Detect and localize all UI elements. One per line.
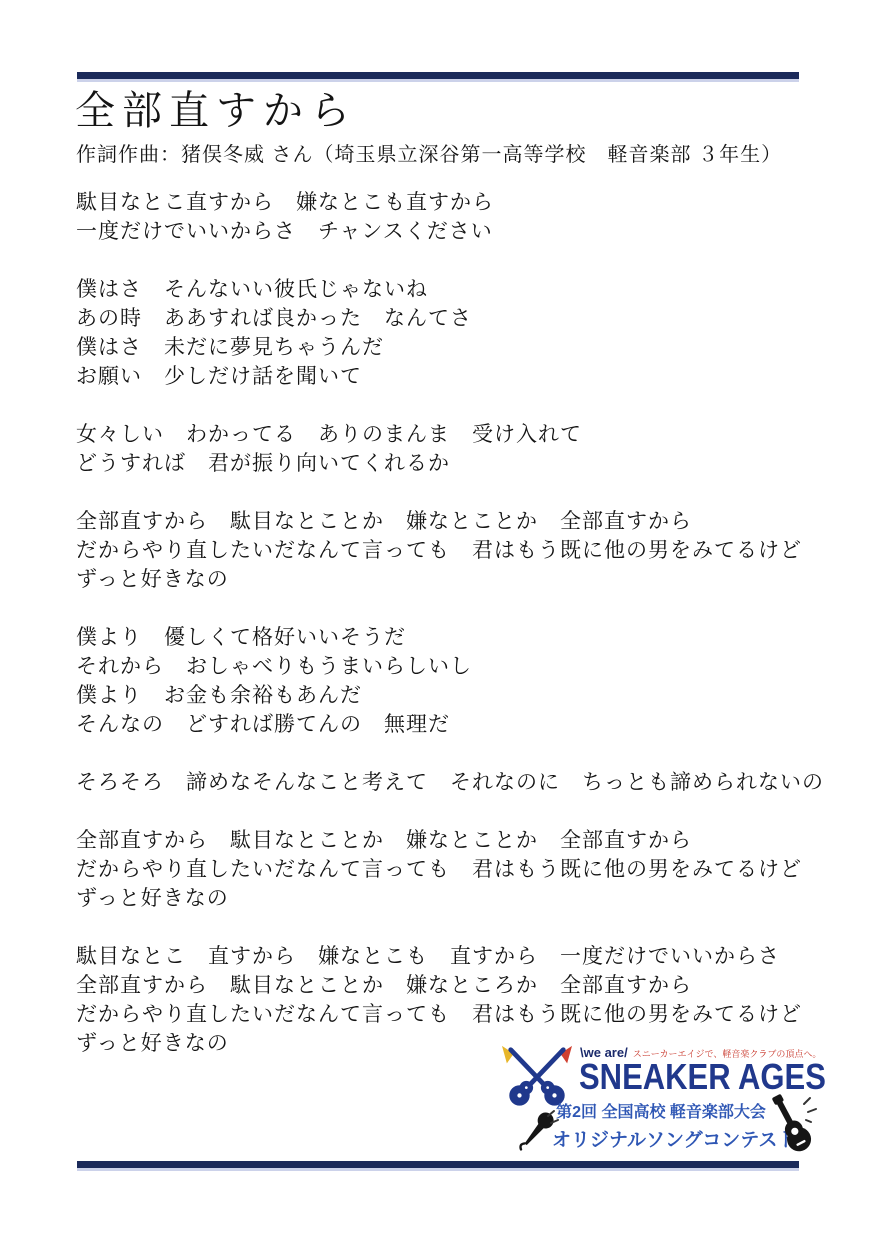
- lyric-line: 全部直すから 駄目なとことか 嫌なところか 全部直すから: [76, 971, 796, 1000]
- lyric-line: だからやり直したいだなんて言っても 君はもう既に他の男をみてるけど: [76, 536, 796, 565]
- lyric-line: だからやり直したいだなんて言っても 君はもう既に他の男をみてるけど: [76, 855, 796, 884]
- lyric-line: ずっと好きなの: [76, 565, 796, 594]
- event-title: 第2回 全国高校 軽音楽部大会: [532, 1099, 790, 1122]
- lyric-line: 駄目なとこ直すから 嫌なとこも直すから: [76, 188, 796, 217]
- lyric-sheet-page: 全部直すから 作詞作曲：猪俣冬威 さん（埼玉県立深谷第一高等学校 軽音楽部 ３年…: [0, 0, 875, 1239]
- page-title: 全部直すから: [75, 90, 357, 132]
- contest-title: オリジナルソングコンテスト: [552, 1125, 758, 1152]
- lyric-line: だからやり直したいだなんて言っても 君はもう既に他の男をみてるけど: [76, 1000, 796, 1029]
- lyric-line: どうすれば 君が振り向いてくれるか: [76, 449, 796, 478]
- guitar-icon: [764, 1090, 820, 1160]
- stanza: 僕より 優しくて格好いいそうだそれから おしゃべりもうまいらしいし僕より お金も…: [76, 623, 796, 739]
- credit-line: 作詞作曲：猪俣冬威 さん（埼玉県立深谷第一高等学校 軽音楽部 ３年生）: [76, 138, 782, 167]
- lyric-line: ずっと好きなの: [76, 884, 796, 913]
- stanza: 女々しい わかってる ありのまんま 受け入れてどうすれば 君が振り向いてくれるか: [76, 420, 796, 478]
- stanza: 全部直すから 駄目なとことか 嫌なとことか 全部直すからだからやり直したいだなん…: [76, 826, 796, 913]
- lyric-line: それから おしゃべりもうまいらしいし: [76, 652, 796, 681]
- lyric-line: 僕より 優しくて格好いいそうだ: [76, 623, 796, 652]
- lyrics: 駄目なとこ直すから 嫌なとこも直すから一度だけでいいからさ チャンスください僕は…: [76, 188, 796, 1087]
- lyric-line: お願い 少しだけ話を聞いて: [76, 362, 796, 391]
- stanza: 駄目なとこ 直すから 嫌なとこも 直すから 一度だけでいいからさ全部直すから 駄…: [76, 942, 796, 1058]
- lyric-line: 一度だけでいいからさ チャンスください: [76, 217, 796, 246]
- lyric-line: 駄目なとこ 直すから 嫌なとこも 直すから 一度だけでいいからさ: [76, 942, 796, 971]
- stanza: そろそろ 諦めなそんなこと考えて それなのに ちっとも諦められないの: [76, 768, 796, 797]
- lyric-line: あの時 ああすれば良かった なんてさ: [76, 304, 796, 333]
- stanza: 僕はさ そんないい彼氏じゃないねあの時 ああすれば良かった なんてさ僕はさ 未だ…: [76, 275, 796, 391]
- lyric-line: そろそろ 諦めなそんなこと考えて それなのに ちっとも諦められないの: [76, 768, 796, 797]
- lyric-line: 僕はさ 未だに夢見ちゃうんだ: [76, 333, 796, 362]
- stanza: 全部直すから 駄目なとことか 嫌なとことか 全部直すからだからやり直したいだなん…: [76, 507, 796, 594]
- lyric-line: 僕はさ そんないい彼氏じゃないね: [76, 275, 796, 304]
- lyric-line: 全部直すから 駄目なとことか 嫌なとことか 全部直すから: [76, 507, 796, 536]
- lyric-line: そんなの どすれば勝てんの 無理だ: [76, 710, 796, 739]
- lyric-line: 女々しい わかってる ありのまんま 受け入れて: [76, 420, 796, 449]
- bottom-divider: [77, 1161, 799, 1171]
- stanza: 駄目なとこ直すから 嫌なとこも直すから一度だけでいいからさ チャンスください: [76, 188, 796, 246]
- lyric-line: 全部直すから 駄目なとことか 嫌なとことか 全部直すから: [76, 826, 796, 855]
- top-divider: [77, 72, 799, 82]
- contest-logo: \we are/ スニーカーエイジで、軽音楽クラブの頂点へ。 SNEAKER A…: [496, 1042, 827, 1163]
- lyric-line: 僕より お金も余裕もあんだ: [76, 681, 796, 710]
